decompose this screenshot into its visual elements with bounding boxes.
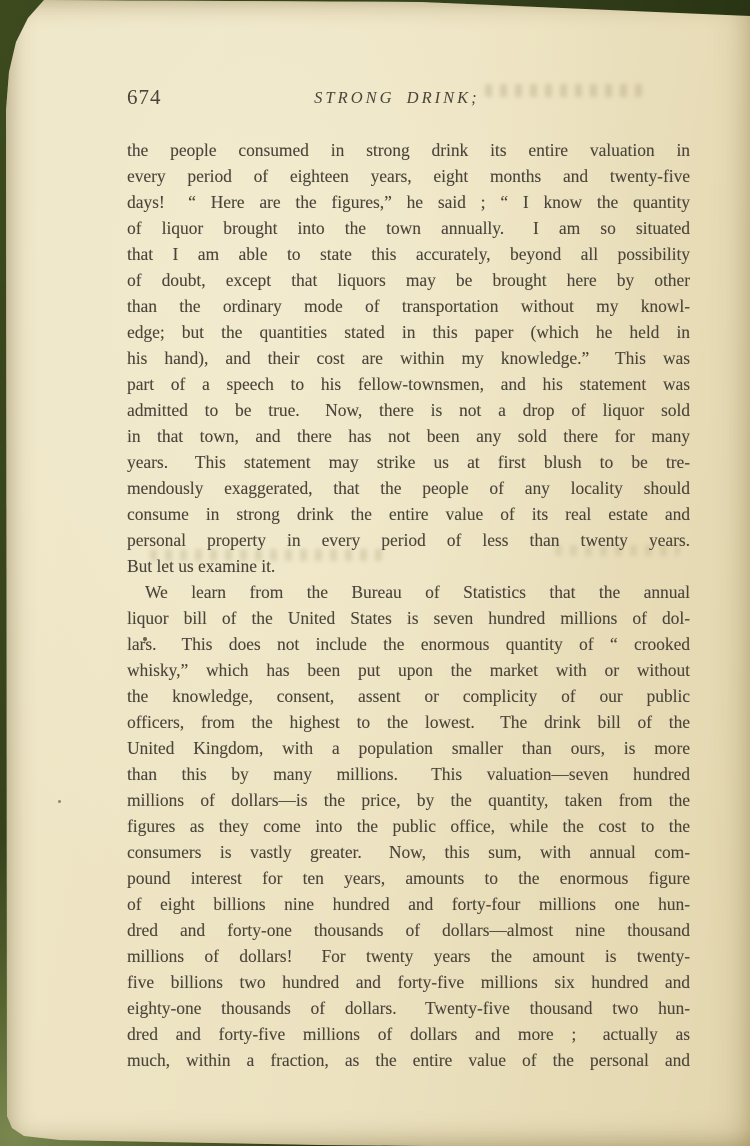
text-line: officers, from the highest to the lowest… bbox=[127, 709, 690, 735]
text-line: pound interest for ten years, amounts to… bbox=[127, 865, 690, 891]
paragraph: We learn from the Bureau of Statistics t… bbox=[127, 579, 690, 1073]
text-line: of doubt, except that liquors may be bro… bbox=[127, 267, 690, 293]
text-line: liquor bill of the United States is seve… bbox=[127, 605, 690, 631]
text-line: millions of dollars—is the price, by the… bbox=[127, 787, 690, 813]
text-line: dred and forty-one thousands of dollars—… bbox=[127, 917, 690, 943]
text-line: millions of dollars! For twenty years th… bbox=[127, 943, 690, 969]
text-line: dred and forty-five millions of dollars … bbox=[127, 1021, 690, 1047]
text-line: part of a speech to his fellow-townsmen,… bbox=[127, 371, 690, 397]
text-line: five billions two hundred and forty-five… bbox=[127, 969, 690, 995]
text-line: every period of eighteen years, eight mo… bbox=[127, 163, 690, 189]
text-line: figures as they come into the public off… bbox=[127, 813, 690, 839]
text-line: days! “ Here are the figures,” he said ;… bbox=[127, 189, 690, 215]
scanned-page: 674 STRONG DRINK; the people consumed in… bbox=[0, 0, 750, 1146]
text-line: of liquor brought into the town annually… bbox=[127, 215, 690, 241]
text-line: the people consumed in strong drink its … bbox=[127, 137, 690, 163]
text-line: than this by many millions. This valuati… bbox=[127, 761, 690, 787]
text-line: But let us examine it. bbox=[127, 553, 690, 579]
text-line: much, within a fraction, as the entire v… bbox=[127, 1047, 690, 1073]
text-line: We learn from the Bureau of Statistics t… bbox=[127, 579, 690, 605]
text-line: edge; but the quantities stated in this … bbox=[127, 319, 690, 345]
text-line: consume in strong drink the entire value… bbox=[127, 501, 690, 527]
text-line: than the ordinary mode of transportation… bbox=[127, 293, 690, 319]
page-number: 674 bbox=[127, 86, 162, 108]
text-line: eighty-one thousands of dollars. Twenty-… bbox=[127, 995, 690, 1021]
book-cover-background: 674 STRONG DRINK; the people consumed in… bbox=[0, 0, 750, 1146]
text-line: United Kingdom, with a population smalle… bbox=[127, 735, 690, 761]
page-speck bbox=[58, 800, 61, 803]
text-line: that I am able to state this accurately,… bbox=[127, 241, 690, 267]
text-line: lars. This does not include the enormous… bbox=[127, 631, 690, 657]
text-line: years. This statement may strike us at f… bbox=[127, 449, 690, 475]
page-header: 674 STRONG DRINK; bbox=[127, 86, 690, 108]
text-line: in that town, and there has not been any… bbox=[127, 423, 690, 449]
page-text: the people consumed in strong drink its … bbox=[127, 137, 690, 1073]
text-line: of eight billions nine hundred and forty… bbox=[127, 891, 690, 917]
text-line: mendously exaggerated, that the people o… bbox=[127, 475, 690, 501]
text-line: admitted to be true. Now, there is not a… bbox=[127, 397, 690, 423]
page-content: 674 STRONG DRINK; the people consumed in… bbox=[127, 86, 690, 1073]
text-line: his hand), and their cost are within my … bbox=[127, 345, 690, 371]
text-line: the knowledge, consent, assent or compli… bbox=[127, 683, 690, 709]
text-line: personal property in every period of les… bbox=[127, 527, 690, 553]
paragraph: the people consumed in strong drink its … bbox=[127, 137, 690, 579]
running-title: STRONG DRINK; bbox=[314, 87, 479, 109]
text-line: whisky,” which has been put upon the mar… bbox=[127, 657, 690, 683]
text-line: consumers is vastly greater. Now, this s… bbox=[127, 839, 690, 865]
